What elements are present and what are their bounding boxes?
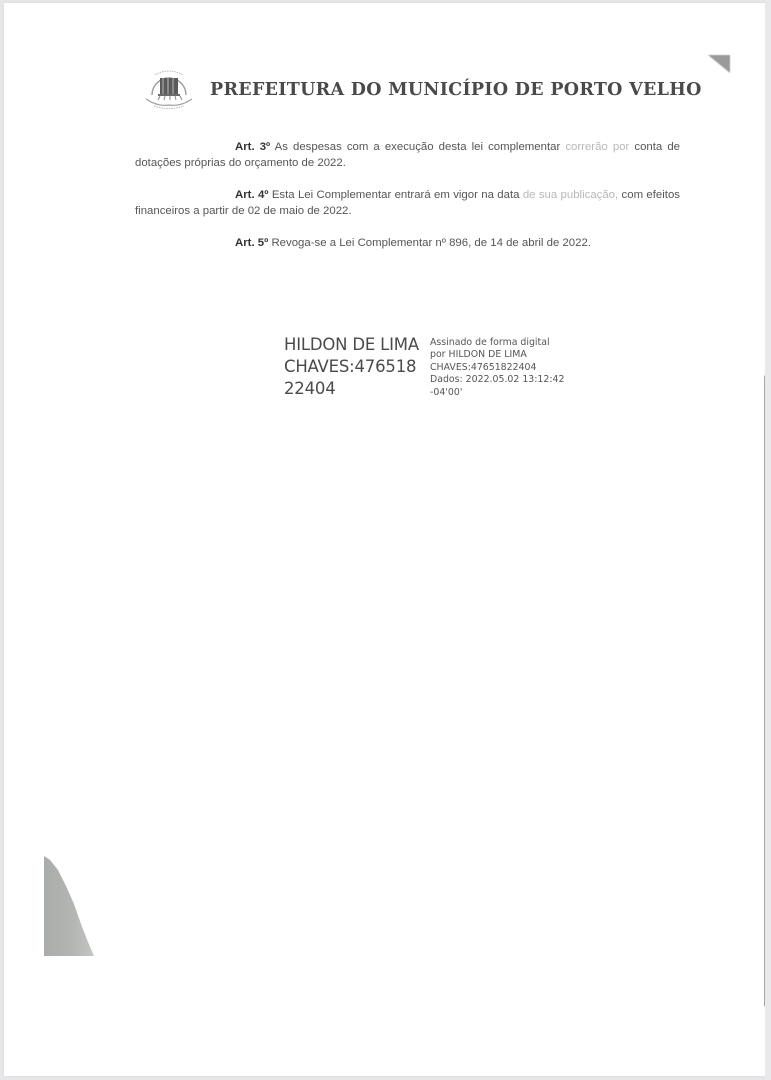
digital-signature: HILDON DE LIMA CHAVES:476518 22404 Assin… — [284, 334, 564, 400]
article-label: Art. 5º — [235, 237, 268, 249]
article-text: Esta Lei Complementar entrará em vigor n… — [272, 189, 520, 201]
municipal-coat-of-arms-icon — [140, 65, 198, 111]
signature-detail-line: CHAVES:47651822404 — [430, 362, 564, 374]
scan-corner-mark-icon — [708, 55, 730, 73]
article-label: Art. 4º — [235, 189, 268, 201]
article-text: Revoga-se a Lei Complementar nº 896, de … — [271, 237, 591, 249]
signer-name: HILDON DE LIMA CHAVES:476518 22404 — [284, 334, 430, 400]
letterhead: PREFEITURA DO MUNICÍPIO DE PORTO VELHO — [140, 65, 702, 111]
municipality-title: PREFEITURA DO MUNICÍPIO DE PORTO VELHO — [210, 80, 702, 100]
signer-name-line: CHAVES:476518 — [284, 356, 430, 378]
article-4: Art. 4º Esta Lei Complementar entrará em… — [135, 187, 680, 219]
scrollbar-track[interactable] — [765, 0, 771, 1080]
article-label: Art. 3º — [235, 141, 270, 153]
article-text: As despesas com a execução desta lei com… — [275, 141, 561, 153]
signature-detail-line: por HILDON DE LIMA — [430, 349, 564, 361]
article-3: Art. 3º As despesas com a execução desta… — [135, 139, 680, 171]
signer-name-line: 22404 — [284, 378, 430, 400]
signer-name-line: HILDON DE LIMA — [284, 334, 430, 356]
article-5: Art. 5º Revoga-se a Lei Complementar nº … — [135, 235, 591, 251]
signature-detail-line: -04'00' — [430, 387, 564, 399]
signature-details: Assinado de forma digital por HILDON DE … — [430, 337, 564, 400]
article-text-faded: de sua publicação, — [523, 189, 618, 201]
scan-shadow-artifact — [44, 856, 94, 956]
signature-detail-line: Assinado de forma digital — [430, 337, 564, 349]
article-text-faded: correrão por — [565, 141, 629, 153]
document-viewer: PREFEITURA DO MUNICÍPIO DE PORTO VELHO A… — [0, 0, 771, 1080]
document-page: PREFEITURA DO MUNICÍPIO DE PORTO VELHO A… — [4, 3, 765, 1076]
signature-detail-line: Dados: 2022.05.02 13:12:42 — [430, 374, 564, 386]
